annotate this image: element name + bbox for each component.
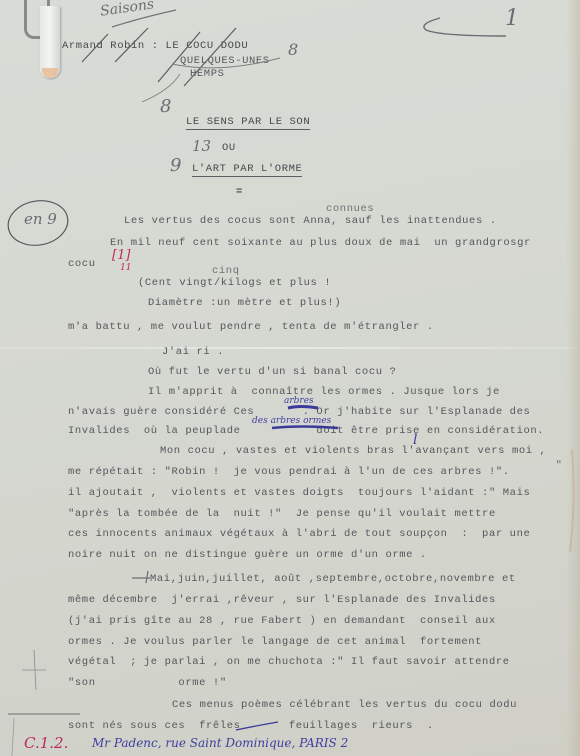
- body-line-7: J'ai ri .: [162, 346, 224, 358]
- body-line-9: Il m'apprit à connaître les ormes . Jusq…: [148, 386, 500, 398]
- body-line-2: En mil neuf cent soixante au plus doux d…: [110, 237, 531, 249]
- rust-stain: [42, 68, 58, 78]
- page-number-annotation: 1: [505, 6, 519, 31]
- title-line2: L'ART PAR L'ORME: [192, 163, 302, 177]
- ink-insert-ormes: des arbres ormes: [252, 416, 331, 426]
- header-line: Armand Robin : LE COCU DODU: [62, 40, 248, 52]
- insert-cinq: cinq: [212, 265, 240, 277]
- title-margin-9: 9: [170, 155, 181, 176]
- body-line-24: Ces menus poèmes célébrant les vertus du…: [172, 699, 517, 711]
- footer-ink-address: Mr Padenc, rue Saint Dominique, PARIS 2: [92, 736, 348, 750]
- body-line-1: Les vertus des cocus sont Anna, sauf les…: [124, 215, 497, 227]
- body-line-5: Diamètre :un mètre et plus!): [148, 297, 341, 309]
- body-line-20: (j'ai pris gîte au 28 , rue Fabert ) en …: [68, 615, 496, 627]
- body-line-16: ces innocents animaux végétaux à l'abri …: [68, 528, 530, 540]
- title-margin-8: 8: [160, 96, 171, 117]
- header-crossed-sub2: HEMPS: [190, 68, 225, 80]
- circled-margin-note: en 9: [24, 210, 57, 228]
- body-line-18: Mai,juin,juillet, août ,septembre,octobr…: [150, 573, 516, 585]
- header-crossed-sub1: QUELQUES-UNES: [180, 55, 270, 67]
- body-line-3: cocu: [68, 258, 96, 270]
- bracket-sub: 11: [120, 263, 131, 273]
- body-line-11: Invalides où la peuplade doit être prise…: [68, 425, 544, 437]
- footer-red-note: C.1.2.: [24, 734, 68, 752]
- header-margin-mark: 8: [288, 40, 298, 59]
- title-line1: LE SENS PAR LE SON: [186, 116, 310, 130]
- body-line-22: végétal ; je parlai , on me chuchota :" …: [68, 656, 510, 668]
- pencil-note-saisons: Saisons: [99, 0, 155, 20]
- ink-insert-l: l: [413, 432, 417, 448]
- pencil-quote-mark: ": [556, 458, 562, 472]
- bracket-mark: [1]: [112, 248, 130, 263]
- body-line-19: même décembre j'errai ,rêveur , sur l'Es…: [68, 594, 496, 606]
- body-line-21: ormes . Je voulus parler le langage de c…: [68, 636, 482, 648]
- body-line-17: noire nuit on ne distingue guère un orme…: [68, 549, 427, 561]
- paper-edge-shadow: [566, 0, 580, 756]
- body-line-4: (Cent vingt/kilogs et plus !: [138, 277, 331, 289]
- insert-connues: connues: [326, 203, 374, 215]
- body-line-13: me répétait : "Robin ! je vous pendrai à…: [68, 466, 510, 478]
- body-line-23: "son orme !": [68, 677, 227, 689]
- body-line-8: Où fut le vertu d'un si banal cocu ?: [148, 366, 396, 378]
- title-margin-13: 13: [192, 137, 211, 155]
- body-line-14: il ajoutait , violents et vastes doigts …: [68, 487, 530, 499]
- body-line-25: sont nés sous ces frêles feuillages rieu…: [68, 720, 434, 732]
- paper-fold-line: [0, 347, 580, 349]
- body-line-15: "après la tombée de la nuit !" Je pense …: [68, 508, 496, 520]
- ink-insert-arbres: arbres: [284, 396, 314, 406]
- body-line-6: m'a battu , me voulut pendre , tenta de …: [68, 321, 434, 333]
- manuscript-page: Saisons 1 8 Armand Robin : LE COCU DODU …: [0, 0, 580, 756]
- title-or: OU: [222, 142, 236, 154]
- separator-mark: =: [236, 186, 243, 198]
- body-line-12: Mon cocu , vastes et violents bras l'ava…: [160, 445, 546, 457]
